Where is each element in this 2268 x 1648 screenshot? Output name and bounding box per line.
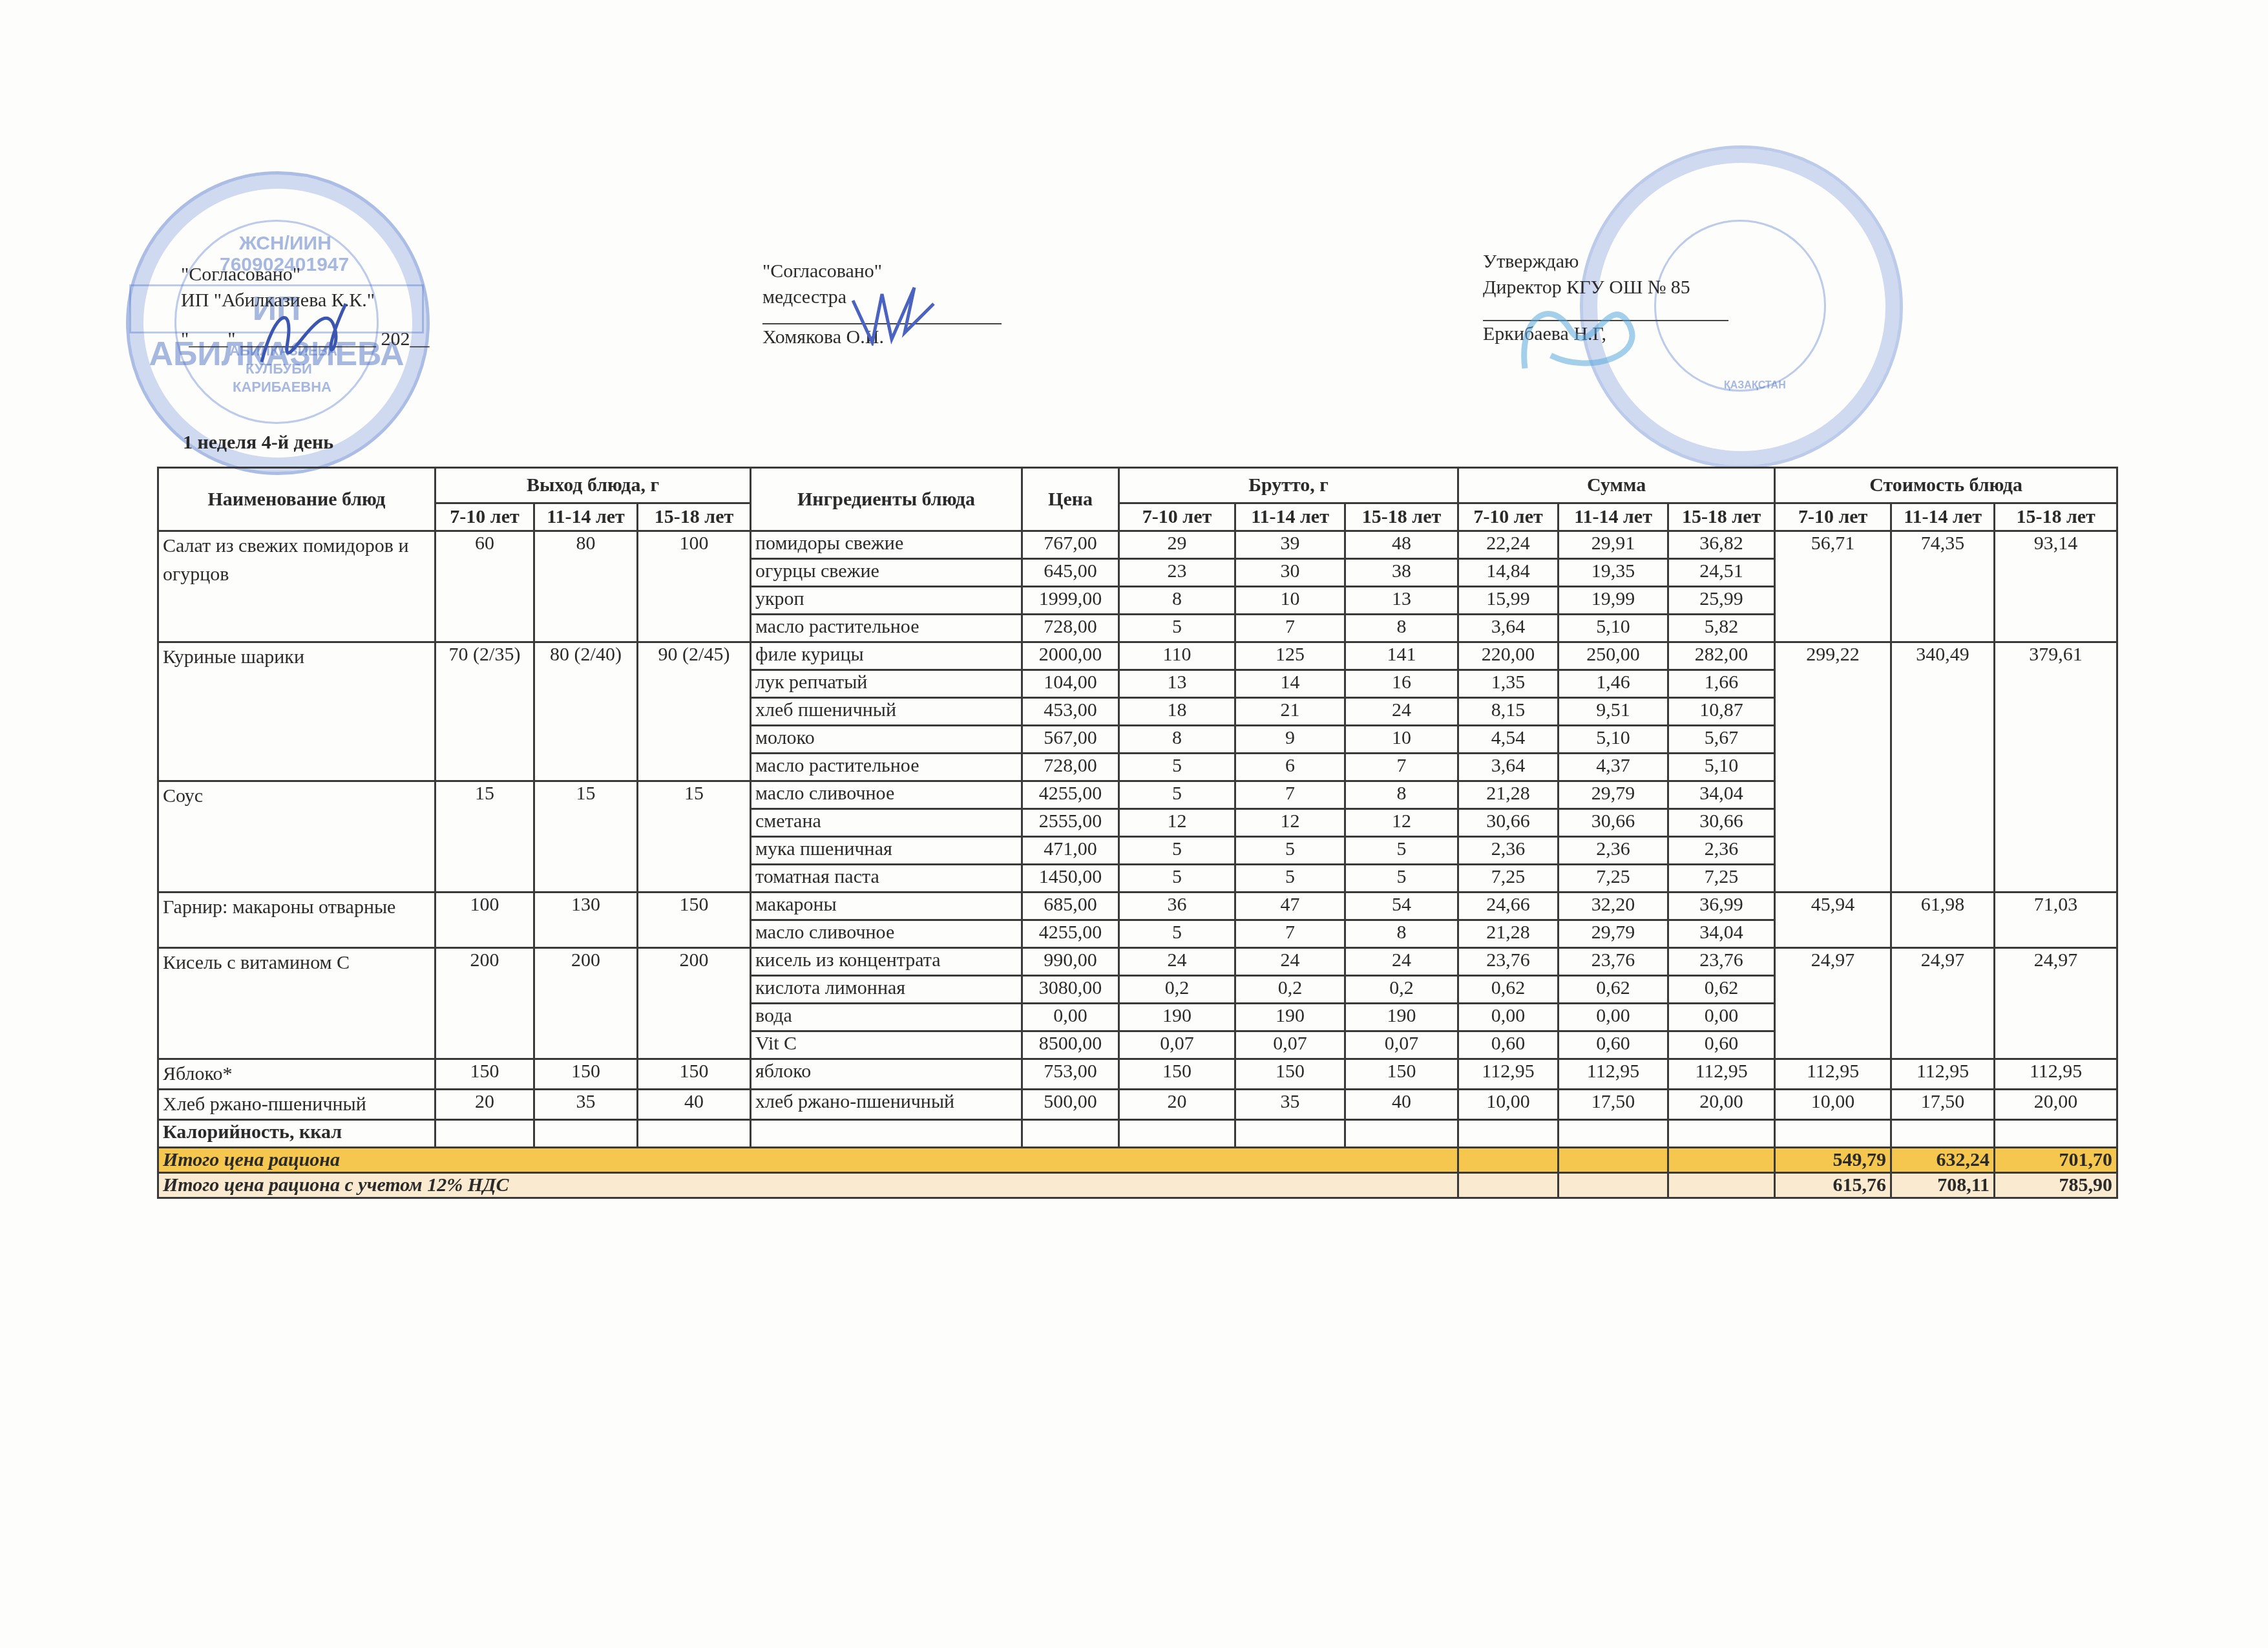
ingredient-brutto: 40 [1345, 1090, 1458, 1120]
calories-cell [1668, 1120, 1775, 1148]
ingredient-price: 685,00 [1022, 893, 1119, 920]
ingredient-brutto: 5 [1119, 837, 1235, 865]
ingredient-sum: 112,95 [1559, 1059, 1668, 1090]
ingredient-sum: 3,64 [1458, 615, 1559, 642]
calories-cell [1891, 1120, 1995, 1148]
table-row: Хлеб ржано-пшеничный203540хлеб ржано-пше… [158, 1090, 2117, 1120]
ingredient-sum: 5,67 [1668, 726, 1775, 754]
ingredient-price: 728,00 [1022, 615, 1119, 642]
ingredient-sum: 4,37 [1559, 754, 1668, 781]
ingredient-brutto: 5 [1235, 837, 1345, 865]
ingredient-sum: 8,15 [1458, 698, 1559, 726]
dish-name: Гарнир: макароны отварные [158, 893, 436, 948]
ingredient-brutto: 190 [1119, 1004, 1235, 1031]
menu-table: Наименование блюд Выход блюда, г Ингреди… [157, 467, 2118, 1199]
ingredient-price: 500,00 [1022, 1090, 1119, 1120]
dish-cost: 24,97 [1995, 948, 2117, 1059]
ingredient-brutto: 110 [1119, 642, 1235, 670]
ingredient-price: 1999,00 [1022, 587, 1119, 615]
ingredient-brutto: 48 [1345, 531, 1458, 559]
signature-right-icon [1512, 278, 1641, 381]
total-row: Итого цена рациона549,79632,24701,70 [158, 1148, 2117, 1173]
calories-row: Калорийность, ккал [158, 1120, 2117, 1148]
dish-yield: 15 [534, 781, 638, 893]
dish-yield: 15 [638, 781, 751, 893]
ingredient-price: 104,00 [1022, 670, 1119, 698]
ingredient-name: сметана [751, 809, 1022, 837]
ingredient-brutto: 16 [1345, 670, 1458, 698]
ingredient-name: укроп [751, 587, 1022, 615]
ingredient-brutto: 0,07 [1119, 1031, 1235, 1059]
dish-cost: 24,97 [1891, 948, 1995, 1059]
ingredient-brutto: 39 [1235, 531, 1345, 559]
header-sum: Сумма [1458, 468, 1775, 503]
ingredient-sum: 5,10 [1559, 615, 1668, 642]
total-value: 701,70 [1995, 1148, 2117, 1173]
dish-yield: 200 [534, 948, 638, 1059]
ingredient-sum: 1,46 [1559, 670, 1668, 698]
ingredient-brutto: 8 [1119, 587, 1235, 615]
ingredient-name: помидоры свежие [751, 531, 1022, 559]
ingredient-brutto: 5 [1119, 865, 1235, 893]
ingredient-price: 567,00 [1022, 726, 1119, 754]
ingredient-price: 990,00 [1022, 948, 1119, 976]
ingredient-sum: 36,82 [1668, 531, 1775, 559]
ingredient-sum: 282,00 [1668, 642, 1775, 670]
header-yield: Выход блюда, г [436, 468, 751, 503]
table-row: Гарнир: макароны отварные100130150макаро… [158, 893, 2117, 920]
ingredient-sum: 17,50 [1559, 1090, 1668, 1120]
ingredient-sum: 2,36 [1668, 837, 1775, 865]
dish-yield: 150 [436, 1059, 534, 1090]
ingredient-brutto: 7 [1235, 781, 1345, 809]
ingredient-sum: 10,87 [1668, 698, 1775, 726]
ingredient-sum: 220,00 [1458, 642, 1559, 670]
ingredient-sum: 112,95 [1668, 1059, 1775, 1090]
ingredient-sum: 21,28 [1458, 781, 1559, 809]
ingredient-brutto: 150 [1119, 1059, 1235, 1090]
ingredient-name: Vit C [751, 1031, 1022, 1059]
dish-yield: 60 [436, 531, 534, 642]
ingredient-sum: 30,66 [1559, 809, 1668, 837]
ingredient-sum: 14,84 [1458, 559, 1559, 587]
ingredient-sum: 0,00 [1668, 1004, 1775, 1031]
dish-yield: 15 [436, 781, 534, 893]
total-blank-cell [1559, 1173, 1668, 1198]
calories-cell [638, 1120, 751, 1148]
ingredient-brutto: 190 [1235, 1004, 1345, 1031]
ingredient-sum: 30,66 [1668, 809, 1775, 837]
ingredient-sum: 29,91 [1559, 531, 1668, 559]
ingredient-sum: 23,76 [1559, 948, 1668, 976]
calories-cell [436, 1120, 534, 1148]
ingredient-price: 645,00 [1022, 559, 1119, 587]
ingredient-price: 471,00 [1022, 837, 1119, 865]
ingredient-price: 767,00 [1022, 531, 1119, 559]
dish-yield: 20 [436, 1090, 534, 1120]
calories-cell [1775, 1120, 1891, 1148]
ingredient-sum: 30,66 [1458, 809, 1559, 837]
ingredient-sum: 24,51 [1668, 559, 1775, 587]
header-brutto-age-2: 15-18 лет [1345, 503, 1458, 531]
ingredient-sum: 10,00 [1458, 1090, 1559, 1120]
ingredient-brutto: 24 [1345, 948, 1458, 976]
ingredient-brutto: 18 [1119, 698, 1235, 726]
table-row: Куриные шарики70 (2/35)80 (2/40)90 (2/45… [158, 642, 2117, 670]
ingredient-sum: 112,95 [1458, 1059, 1559, 1090]
header-cost-age-0: 7-10 лет [1775, 503, 1891, 531]
menu-period: 1 неделя 4-й день [183, 432, 333, 454]
dish-cost: 24,97 [1775, 948, 1891, 1059]
ingredient-name: хлеб пшеничный [751, 698, 1022, 726]
ingredient-brutto: 12 [1119, 809, 1235, 837]
ingredient-sum: 36,99 [1668, 893, 1775, 920]
ingredient-brutto: 36 [1119, 893, 1235, 920]
dish-name: Салат из свежих помидоров и огурцов [158, 531, 436, 642]
ingredient-price: 3080,00 [1022, 976, 1119, 1004]
dish-cost: 379,61 [1995, 642, 2117, 893]
calories-cell [1235, 1120, 1345, 1148]
ingredient-brutto: 190 [1345, 1004, 1458, 1031]
approval-left-heading: "Согласовано" [181, 262, 430, 288]
total-label: Итого цена рациона с учетом 12% НДС [158, 1173, 1458, 1198]
dish-name: Хлеб ржано-пшеничный [158, 1090, 436, 1120]
ingredient-price: 753,00 [1022, 1059, 1119, 1090]
ingredient-brutto: 141 [1345, 642, 1458, 670]
dish-cost: 299,22 [1775, 642, 1891, 893]
ingredient-price: 2000,00 [1022, 642, 1119, 670]
ingredient-brutto: 5 [1119, 781, 1235, 809]
ingredient-sum: 2,36 [1458, 837, 1559, 865]
header-yield-age-1: 11-14 лет [534, 503, 638, 531]
total-blank-cell [1458, 1173, 1559, 1198]
signature-left-icon [249, 284, 352, 381]
header-brutto-age-1: 11-14 лет [1235, 503, 1345, 531]
ingredient-brutto: 5 [1345, 837, 1458, 865]
table-row: Кисель с витамином С200200200кисель из к… [158, 948, 2117, 976]
ingredient-brutto: 13 [1119, 670, 1235, 698]
total-blank-cell [1559, 1148, 1668, 1173]
ingredient-brutto: 35 [1235, 1090, 1345, 1120]
ingredient-name: яблоко [751, 1059, 1022, 1090]
ingredient-brutto: 9 [1235, 726, 1345, 754]
ingredient-sum: 32,20 [1559, 893, 1668, 920]
ingredient-brutto: 29 [1119, 531, 1235, 559]
dish-cost: 71,03 [1995, 893, 2117, 948]
ingredient-brutto: 12 [1345, 809, 1458, 837]
dish-cost: 93,14 [1995, 531, 2117, 642]
header-dish: Наименование блюд [158, 468, 436, 531]
ingredient-name: вода [751, 1004, 1022, 1031]
ingredient-brutto: 24 [1345, 698, 1458, 726]
ingredient-brutto: 0,07 [1345, 1031, 1458, 1059]
dish-cost: 45,94 [1775, 893, 1891, 948]
ingredient-sum: 7,25 [1668, 865, 1775, 893]
total-blank-cell [1668, 1148, 1775, 1173]
ingredient-price: 2555,00 [1022, 809, 1119, 837]
ingredient-brutto: 0,2 [1345, 976, 1458, 1004]
dish-yield: 150 [638, 1059, 751, 1090]
ingredient-brutto: 7 [1345, 754, 1458, 781]
ingredient-sum: 19,99 [1559, 587, 1668, 615]
ingredient-sum: 29,79 [1559, 781, 1668, 809]
ingredient-sum: 4,54 [1458, 726, 1559, 754]
header-cost-age-1: 11-14 лет [1891, 503, 1995, 531]
ingredient-name: масло сливочное [751, 920, 1022, 948]
ingredient-brutto: 47 [1235, 893, 1345, 920]
ingredient-brutto: 21 [1235, 698, 1345, 726]
ingredient-sum: 0,00 [1559, 1004, 1668, 1031]
header-yield-age-2: 15-18 лет [638, 503, 751, 531]
ingredient-sum: 9,51 [1559, 698, 1668, 726]
dish-name: Соус [158, 781, 436, 893]
dish-yield: 70 (2/35) [436, 642, 534, 781]
ingredient-name: огурцы свежие [751, 559, 1022, 587]
ingredient-sum: 3,64 [1458, 754, 1559, 781]
calories-label: Калорийность, ккал [158, 1120, 436, 1148]
header-cost-age-2: 15-18 лет [1995, 503, 2117, 531]
ingredient-name: кисель из концентрата [751, 948, 1022, 976]
dish-cost: 112,95 [1891, 1059, 1995, 1090]
dish-yield: 40 [638, 1090, 751, 1120]
calories-cell [534, 1120, 638, 1148]
calories-cell [1119, 1120, 1235, 1148]
ingredient-brutto: 6 [1235, 754, 1345, 781]
dish-cost: 10,00 [1775, 1090, 1891, 1120]
ingredient-name: лук репчатый [751, 670, 1022, 698]
ingredient-brutto: 13 [1345, 587, 1458, 615]
ingredient-name: филе курицы [751, 642, 1022, 670]
ingredient-name: молоко [751, 726, 1022, 754]
ingredient-name: масло растительное [751, 754, 1022, 781]
dish-yield: 80 [534, 531, 638, 642]
calories-cell [1458, 1120, 1559, 1148]
ingredient-name: макароны [751, 893, 1022, 920]
total-vat-row: Итого цена рациона с учетом 12% НДС615,7… [158, 1173, 2117, 1198]
total-value: 708,11 [1891, 1173, 1995, 1198]
ingredient-sum: 0,62 [1458, 976, 1559, 1004]
dish-name: Яблоко* [158, 1059, 436, 1090]
total-blank-cell [1668, 1173, 1775, 1198]
stamp-left-id-label: ЖСН/ИИН [239, 233, 331, 255]
ingredient-sum: 0,60 [1668, 1031, 1775, 1059]
ingredient-brutto: 5 [1119, 920, 1235, 948]
dish-cost: 112,95 [1775, 1059, 1891, 1090]
ingredient-brutto: 0,2 [1119, 976, 1235, 1004]
ingredient-sum: 19,35 [1559, 559, 1668, 587]
ingredient-brutto: 10 [1235, 587, 1345, 615]
dish-yield: 100 [436, 893, 534, 948]
dish-yield: 200 [436, 948, 534, 1059]
dish-cost: 20,00 [1995, 1090, 2117, 1120]
calories-cell [1022, 1120, 1119, 1148]
header-price: Цена [1022, 468, 1119, 531]
ingredient-sum: 23,76 [1458, 948, 1559, 976]
ingredient-brutto: 54 [1345, 893, 1458, 920]
ingredient-sum: 0,62 [1559, 976, 1668, 1004]
ingredient-brutto: 150 [1235, 1059, 1345, 1090]
ingredient-sum: 0,00 [1458, 1004, 1559, 1031]
ingredient-sum: 25,99 [1668, 587, 1775, 615]
ingredient-brutto: 10 [1345, 726, 1458, 754]
ingredient-sum: 34,04 [1668, 781, 1775, 809]
ingredient-sum: 5,82 [1668, 615, 1775, 642]
signature-middle-icon [846, 281, 937, 346]
header-cost: Стоимость блюда [1775, 468, 2117, 503]
dish-yield: 150 [638, 893, 751, 948]
dish-cost: 56,71 [1775, 531, 1891, 642]
ingredient-sum: 1,66 [1668, 670, 1775, 698]
dish-yield: 90 (2/45) [638, 642, 751, 781]
ingredient-sum: 0,62 [1668, 976, 1775, 1004]
ingredient-brutto: 23 [1119, 559, 1235, 587]
dish-yield: 200 [638, 948, 751, 1059]
ingredient-brutto: 30 [1235, 559, 1345, 587]
dish-yield: 35 [534, 1090, 638, 1120]
table-row: Салат из свежих помидоров и огурцов60801… [158, 531, 2117, 559]
ingredient-sum: 5,10 [1668, 754, 1775, 781]
approval-middle-heading: "Согласовано" [762, 259, 1002, 284]
calories-cell [1345, 1120, 1458, 1148]
total-label: Итого цена рациона [158, 1148, 1458, 1173]
ingredient-sum: 34,04 [1668, 920, 1775, 948]
ingredient-brutto: 5 [1119, 615, 1235, 642]
ingredient-name: хлеб ржано-пшеничный [751, 1090, 1022, 1120]
ingredient-name: томатная паста [751, 865, 1022, 893]
total-blank-cell [1458, 1148, 1559, 1173]
header-brutto-age-0: 7-10 лет [1119, 503, 1235, 531]
ingredient-sum: 7,25 [1458, 865, 1559, 893]
header-ingredients: Ингредиенты блюда [751, 468, 1022, 531]
calories-cell [1559, 1120, 1668, 1148]
total-value: 549,79 [1775, 1148, 1891, 1173]
ingredient-brutto: 5 [1345, 865, 1458, 893]
ingredient-sum: 20,00 [1668, 1090, 1775, 1120]
total-value: 615,76 [1775, 1173, 1891, 1198]
header-sum-age-1: 11-14 лет [1559, 503, 1668, 531]
ingredient-name: кислота лимонная [751, 976, 1022, 1004]
total-value: 785,90 [1995, 1173, 2117, 1198]
dish-yield: 150 [534, 1059, 638, 1090]
table-row: Яблоко*150150150яблоко753,00150150150112… [158, 1059, 2117, 1090]
ingredient-price: 728,00 [1022, 754, 1119, 781]
ingredient-sum: 22,24 [1458, 531, 1559, 559]
ingredient-name: масло растительное [751, 615, 1022, 642]
ingredient-price: 8500,00 [1022, 1031, 1119, 1059]
dish-cost: 112,95 [1995, 1059, 2117, 1090]
ingredient-name: мука пшеничная [751, 837, 1022, 865]
dish-name: Куриные шарики [158, 642, 436, 781]
ingredient-brutto: 20 [1119, 1090, 1235, 1120]
dish-cost: 61,98 [1891, 893, 1995, 948]
dish-cost: 17,50 [1891, 1090, 1995, 1120]
ingredient-brutto: 8 [1345, 615, 1458, 642]
ingredient-brutto: 38 [1345, 559, 1458, 587]
approval-right-heading: Утверждаю [1483, 249, 1728, 275]
dish-yield: 80 (2/40) [534, 642, 638, 781]
ingredient-brutto: 125 [1235, 642, 1345, 670]
ingredient-brutto: 150 [1345, 1059, 1458, 1090]
ingredient-name: масло сливочное [751, 781, 1022, 809]
ingredient-sum: 2,36 [1559, 837, 1668, 865]
header-yield-age-0: 7-10 лет [436, 503, 534, 531]
calories-cell [751, 1120, 1022, 1148]
ingredient-price: 4255,00 [1022, 781, 1119, 809]
ingredient-sum: 24,66 [1458, 893, 1559, 920]
dish-yield: 130 [534, 893, 638, 948]
ingredient-brutto: 5 [1235, 865, 1345, 893]
ingredient-sum: 5,10 [1559, 726, 1668, 754]
calories-cell [1995, 1120, 2117, 1148]
ingredient-brutto: 12 [1235, 809, 1345, 837]
ingredient-sum: 29,79 [1559, 920, 1668, 948]
ingredient-price: 4255,00 [1022, 920, 1119, 948]
ingredient-brutto: 7 [1235, 615, 1345, 642]
ingredient-sum: 23,76 [1668, 948, 1775, 976]
ingredient-sum: 250,00 [1559, 642, 1668, 670]
ingredient-sum: 1,35 [1458, 670, 1559, 698]
ingredient-brutto: 24 [1235, 948, 1345, 976]
header-sum-age-2: 15-18 лет [1668, 503, 1775, 531]
ingredient-sum: 21,28 [1458, 920, 1559, 948]
total-value: 632,24 [1891, 1148, 1995, 1173]
ingredient-brutto: 8 [1345, 920, 1458, 948]
ingredient-sum: 0,60 [1458, 1031, 1559, 1059]
dish-yield: 100 [638, 531, 751, 642]
ingredient-brutto: 0,2 [1235, 976, 1345, 1004]
header-sum-age-0: 7-10 лет [1458, 503, 1559, 531]
ingredient-brutto: 7 [1235, 920, 1345, 948]
ingredient-brutto: 8 [1345, 781, 1458, 809]
dish-name: Кисель с витамином С [158, 948, 436, 1059]
ingredient-sum: 7,25 [1559, 865, 1668, 893]
ingredient-sum: 0,60 [1559, 1031, 1668, 1059]
ingredient-brutto: 14 [1235, 670, 1345, 698]
ingredient-sum: 15,99 [1458, 587, 1559, 615]
dish-cost: 74,35 [1891, 531, 1995, 642]
ingredient-brutto: 5 [1119, 754, 1235, 781]
ingredient-brutto: 0,07 [1235, 1031, 1345, 1059]
ingredient-price: 453,00 [1022, 698, 1119, 726]
dish-cost: 340,49 [1891, 642, 1995, 893]
ingredient-price: 0,00 [1022, 1004, 1119, 1031]
ingredient-brutto: 24 [1119, 948, 1235, 976]
header-brutto: Брутто, г [1119, 468, 1458, 503]
stamp-right-emblem-text: ҚАЗАҚСТАН [1724, 380, 1786, 392]
ingredient-brutto: 8 [1119, 726, 1235, 754]
ingredient-price: 1450,00 [1022, 865, 1119, 893]
